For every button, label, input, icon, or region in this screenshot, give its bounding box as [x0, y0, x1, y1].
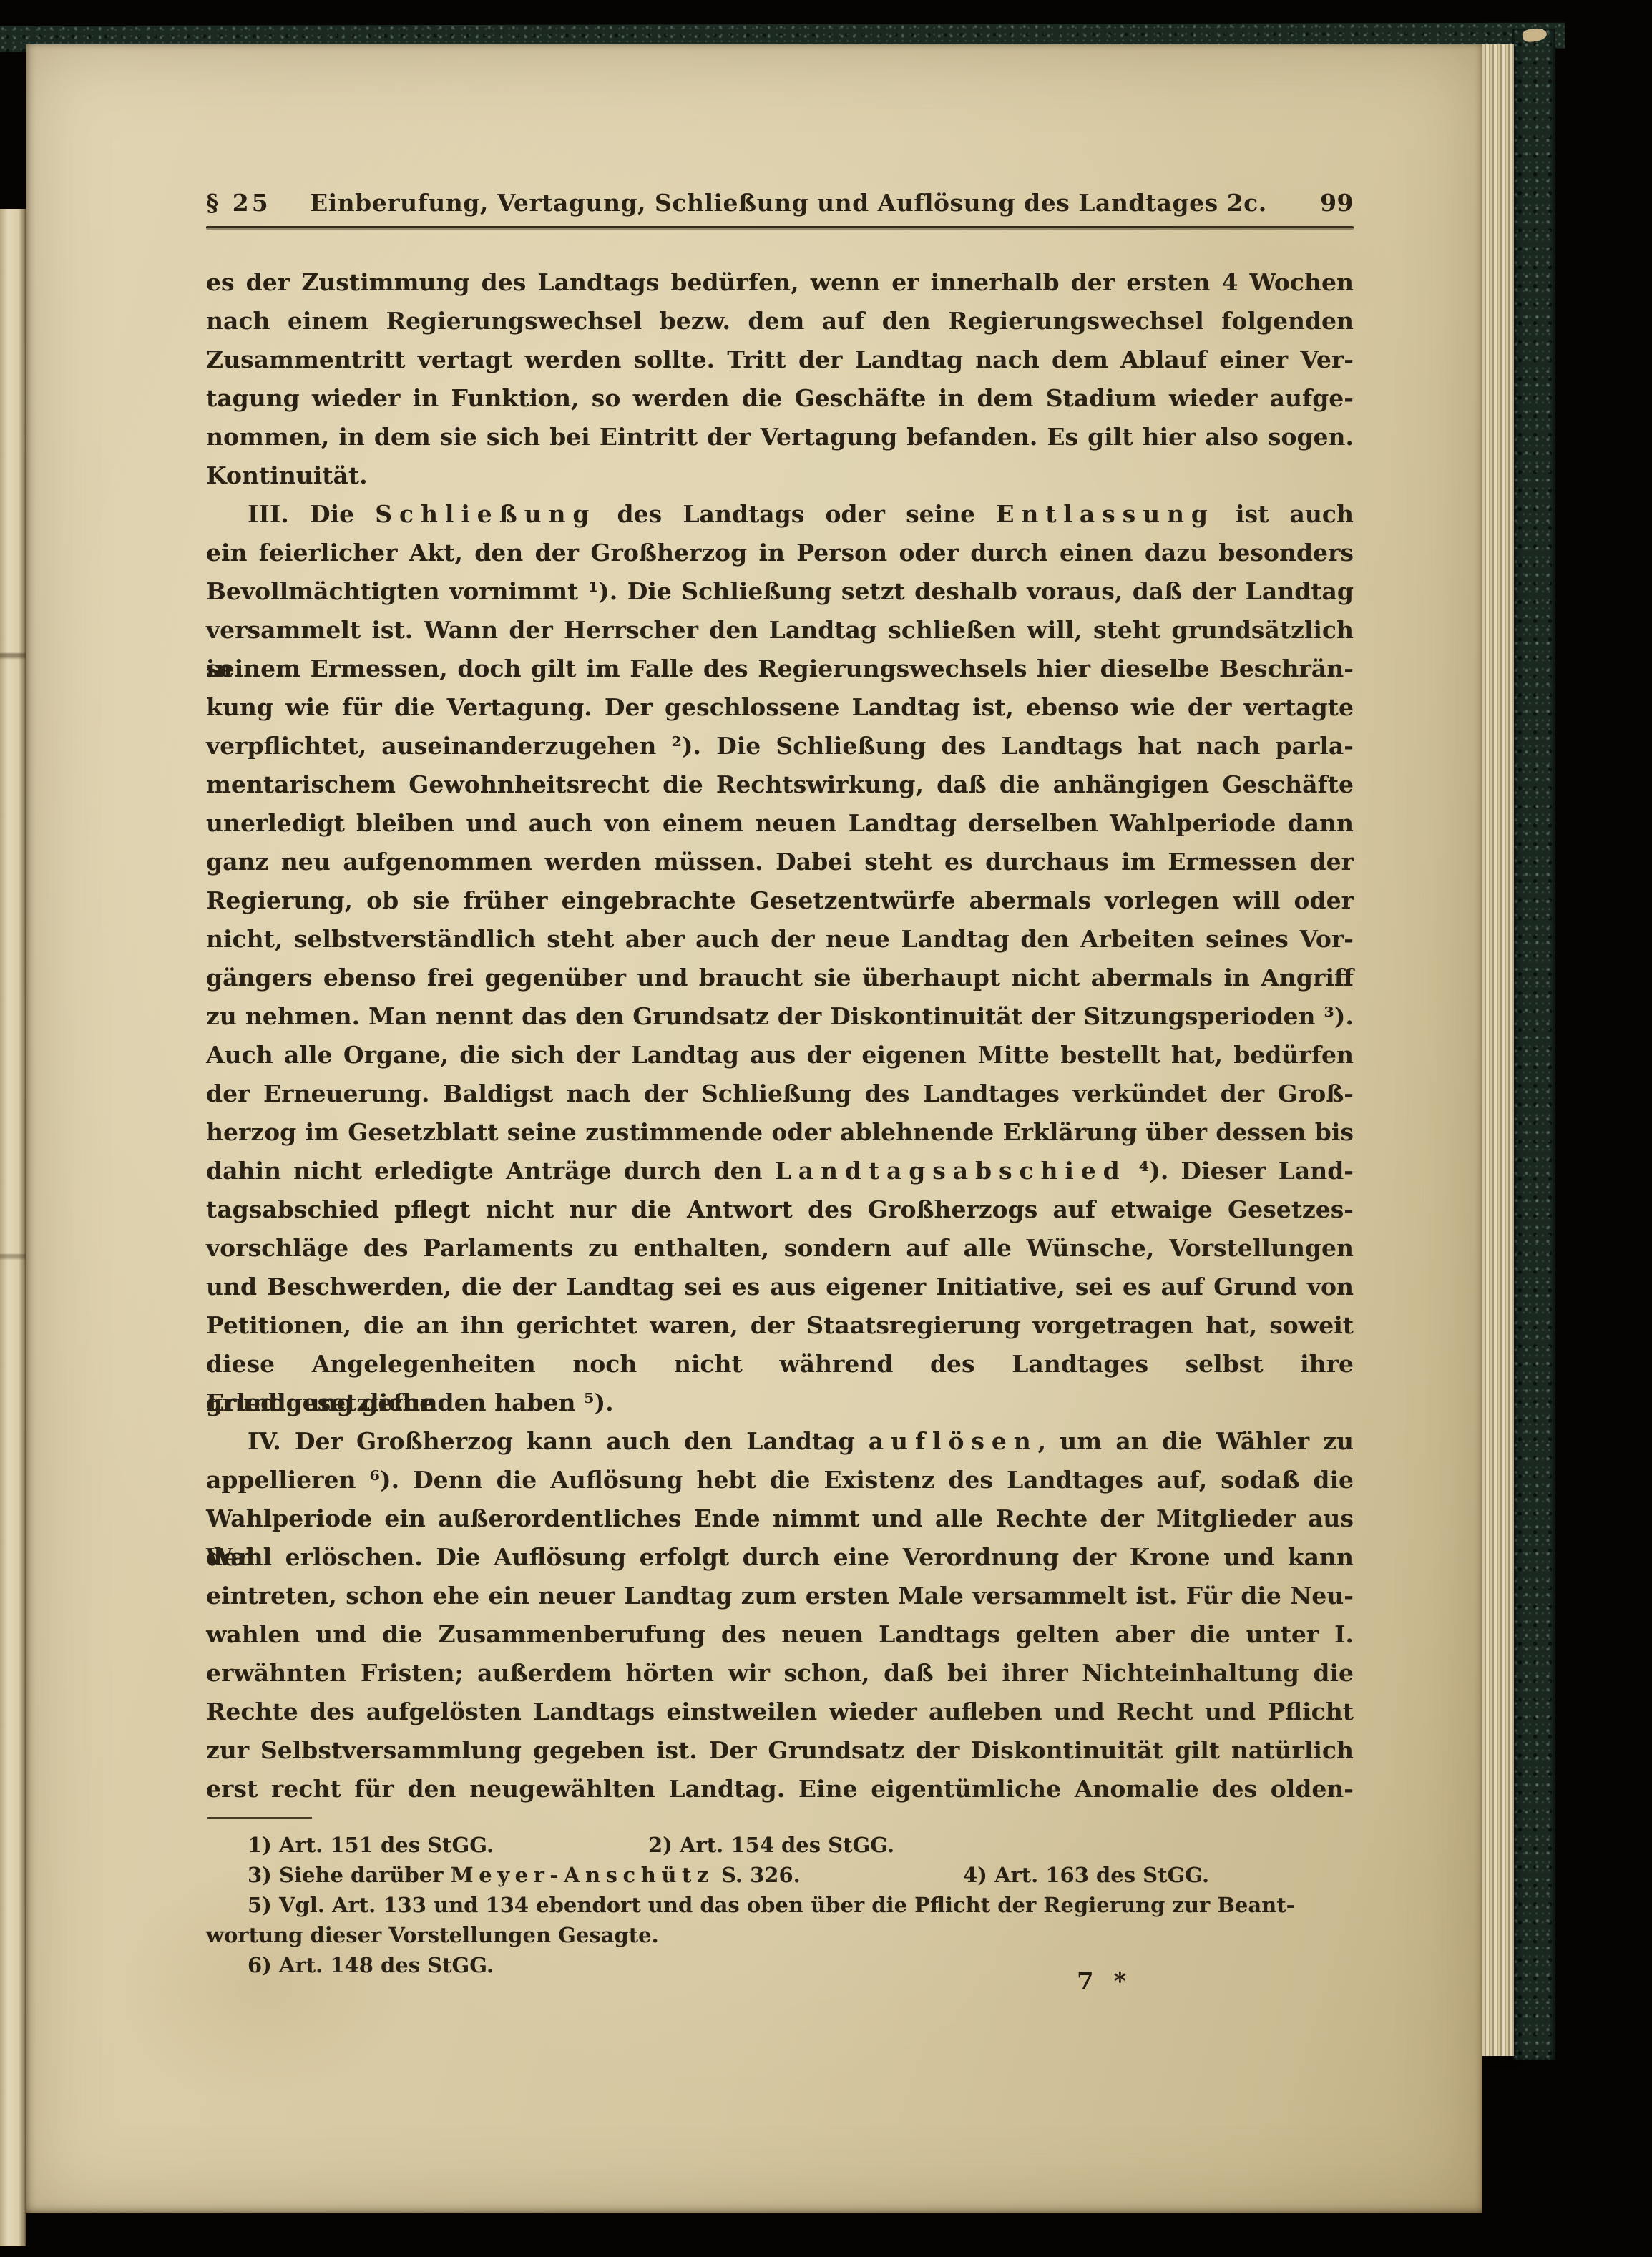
body-line: nicht, selbstverständlich steht aber auc…: [206, 920, 1354, 959]
body-line: Rechte des aufgelösten Landtags einstwei…: [206, 1693, 1354, 1731]
body-line: kung wie für die Vertagung. Der geschlos…: [206, 688, 1354, 727]
body-line: Wahlperiode ein außerordentliches Ende n…: [206, 1499, 1354, 1538]
page-edge-stack-right: [1482, 44, 1514, 2056]
book-cover-right-edge: [1512, 29, 1555, 2060]
page-edge-stack-left: [0, 209, 26, 2246]
body-line: zu nehmen. Man nennt das den Grundsatz d…: [206, 997, 1354, 1036]
body-line: Wahl erlöschen. Die Auflösung erfolgt du…: [206, 1538, 1354, 1577]
page-number: 99: [1306, 189, 1354, 217]
body-line: nach einem Regierungswechsel bezw. dem a…: [206, 302, 1354, 341]
body-line: versammelt ist. Wann der Herrscher den L…: [206, 611, 1354, 650]
header-rule: [206, 226, 1354, 230]
footnote-row: 3) Siehe darüber Meyer-Anschütz S. 326.4…: [206, 1860, 1354, 1890]
spaced-word: Landtagsabschied: [775, 1157, 1127, 1185]
spaced-word: Meyer-Anschütz: [451, 1863, 714, 1887]
running-title: Einberufung, Vertagung, Schließung und A…: [271, 189, 1306, 217]
printer-signature-mark: 7 *: [1077, 1967, 1132, 1996]
body-line: vorschläge des Parlaments zu enthalten, …: [206, 1229, 1354, 1268]
body-line: zur Selbstversammlung gegeben ist. Der G…: [206, 1731, 1354, 1770]
section-label: § 25: [206, 189, 271, 217]
footnote-rule: [207, 1817, 312, 1819]
body-line: erst recht für den neugewählten Landtag.…: [206, 1770, 1354, 1808]
body-line: verpflichtet, auseinanderzugehen ²). Die…: [206, 727, 1354, 765]
spaced-word: Schließung: [375, 500, 596, 528]
footnote-6: 6) Art. 148 des StGG.: [206, 1950, 1354, 1980]
body-line: eintreten, schon ehe ein neuer Landtag z…: [206, 1577, 1354, 1615]
body-line: Petitionen, die an ihn gerichtet waren, …: [206, 1306, 1354, 1345]
body-line: Regierung, ob sie früher eingebrachte Ge…: [206, 881, 1354, 920]
footnote-2: 2) Art. 154 des StGG.: [648, 1833, 894, 1857]
body-line: der Erneuerung. Baldigst nach der Schlie…: [206, 1074, 1354, 1113]
footnote-5-continued: wortung dieser Vorstellungen Gesagte.: [206, 1920, 1354, 1950]
body-line: gängers ebenso frei gegenüber und brauch…: [206, 959, 1354, 997]
body-line: seinem Ermessen, doch gilt im Falle des …: [206, 650, 1354, 688]
body-line: tagung wieder in Funktion, so werden die…: [206, 379, 1354, 418]
body-line: appellieren ⁶). Denn die Auflösung hebt …: [206, 1461, 1354, 1499]
body-line: und Beschwerden, die der Landtag sei es …: [206, 1268, 1354, 1306]
scanned-book-photo: § 25 Einberufung, Vertagung, Schließung …: [0, 0, 1652, 2257]
body-line: ein feierlicher Akt, den der Großherzog …: [206, 534, 1354, 572]
footnotes: 1) Art. 151 des StGG.2) Art. 154 des StG…: [206, 1830, 1354, 1980]
body-line: Auch alle Organe, die sich der Landtag a…: [206, 1036, 1354, 1074]
body-line: ganz neu aufgenommen werden müssen. Dabe…: [206, 843, 1354, 881]
footnote-3: 3) Siehe darüber Meyer-Anschütz S. 326.: [248, 1860, 963, 1890]
body-line: diese Angelegenheiten noch nicht während…: [206, 1345, 1354, 1384]
text-block: § 25 Einberufung, Vertagung, Schließung …: [206, 44, 1354, 2213]
page-header: § 25 Einberufung, Vertagung, Schließung …: [206, 189, 1354, 217]
body-line: unerledigt bleiben und auch von einem ne…: [206, 804, 1354, 843]
body-line: erwähnten Fristen; außerdem hörten wir s…: [206, 1654, 1354, 1693]
body-line: Bevollmächtigten vornimmt ¹). Die Schlie…: [206, 572, 1354, 611]
body-line: III. Die Schließung des Landtags oder se…: [206, 495, 1354, 534]
body-text: es der Zustimmung des Landtags bedürfen,…: [206, 263, 1354, 1808]
body-line: tagsabschied pflegt nicht nur die Antwor…: [206, 1190, 1354, 1229]
footnote-4: 4) Art. 163 des StGG.: [963, 1863, 1209, 1887]
footnote-1: 1) Art. 151 des StGG.: [248, 1830, 648, 1860]
body-line: es der Zustimmung des Landtags bedürfen,…: [206, 263, 1354, 302]
body-line: Erledigung gefunden haben ⁵).: [206, 1384, 1354, 1422]
body-line: herzog im Gesetzblatt seine zustimmende …: [206, 1113, 1354, 1152]
spaced-word: auflösen: [869, 1427, 1038, 1455]
body-line: dahin nicht erledigte Anträge durch den …: [206, 1152, 1354, 1190]
spaced-word: Entlassung: [996, 500, 1215, 528]
book-page: § 25 Einberufung, Vertagung, Schließung …: [26, 44, 1482, 2213]
footnote-5: 5) Vgl. Art. 133 und 134 ebendort und da…: [206, 1890, 1354, 1920]
footnote-row: 1) Art. 151 des StGG.2) Art. 154 des StG…: [206, 1830, 1354, 1860]
body-line: wahlen und die Zusammenberufung des neue…: [206, 1615, 1354, 1654]
body-line: IV. Der Großherzog kann auch den Landtag…: [206, 1422, 1354, 1461]
body-line: Kontinuität.: [206, 456, 1354, 495]
body-line: Zusammentritt vertagt werden sollte. Tri…: [206, 341, 1354, 379]
body-line: nommen, in dem sie sich bei Eintritt der…: [206, 418, 1354, 456]
body-line: mentarischem Gewohnheitsrecht die Rechts…: [206, 765, 1354, 804]
